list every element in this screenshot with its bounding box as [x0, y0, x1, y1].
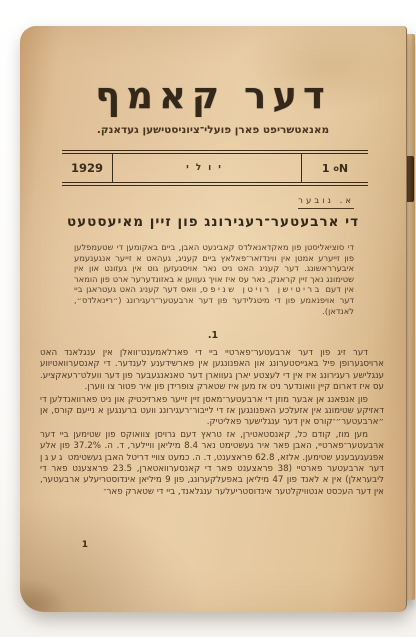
- section-number: 1.: [20, 330, 406, 341]
- body-paragraph-3: מען מוז, קודם כל, קאנסטאטירן, אז טראץ דע…: [40, 430, 384, 498]
- journal-cover-page: דער קאמף מאנאטשריפט פארן פועלי־ציוניסטיש…: [20, 26, 407, 612]
- issue-number-cell: No 1: [301, 154, 368, 182]
- page-number: 1: [82, 540, 88, 550]
- article-body: דער זיג פון דער ארבעטער־פארטיי ביי די פא…: [40, 348, 384, 499]
- author-byline: א. נובער: [298, 196, 354, 209]
- issue-number-label: N: [339, 162, 348, 175]
- article-title: די ארבעטער־רעגירונג פון זיין מאיעסטעט: [20, 214, 406, 230]
- issue-month: יולי: [113, 154, 301, 182]
- masthead-title: דער קאמף: [20, 74, 406, 117]
- masthead-subtitle: מאנאטשריפט פארן פועלי־ציוניסטישען געדאנק…: [20, 124, 406, 136]
- body-paragraph-2: פון אנפאנג אן אבער מוזן די ארבעטער־מאסן …: [40, 395, 384, 429]
- lede-paragraph: די סוציאליסטן פון מאקדאנאלדס קאבינעט האב…: [74, 242, 354, 316]
- body-paragraph-3-before: מען מוז, קודם כל, קאנסטאטירן, אז טראץ דע…: [40, 430, 384, 463]
- issue-bar: No 1 יולי 1929: [62, 150, 368, 186]
- issue-number-value: 1: [322, 162, 330, 175]
- lede-emphasis: בריטישן רויטן שניפס: [202, 284, 321, 294]
- photo-background: דער קאמף מאנאטשריפט פארן פועלי־ציוניסטיש…: [0, 0, 416, 637]
- body-paragraph-3-emphasis: געגן: [40, 453, 65, 463]
- body-paragraph-1: דער זיג פון דער ארבעטער־פארטיי ביי די פא…: [40, 348, 384, 394]
- body-paragraph-3-after: דער ארבעטער פארטיי (38 פראצענט פאר די קא…: [40, 464, 384, 497]
- issue-year: 1929: [62, 154, 113, 182]
- issue-number-label-small: o: [333, 164, 339, 173]
